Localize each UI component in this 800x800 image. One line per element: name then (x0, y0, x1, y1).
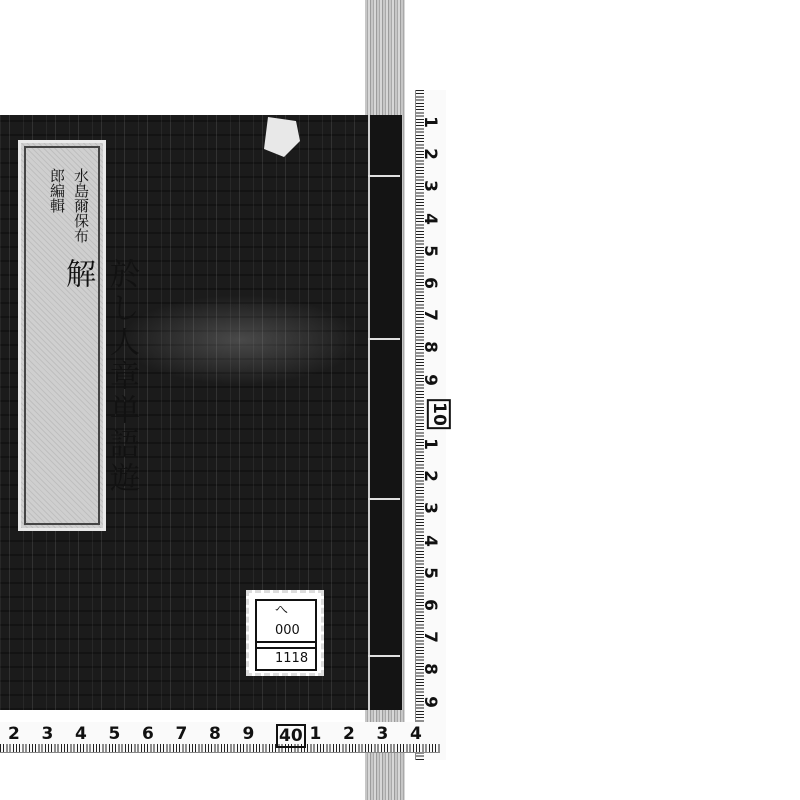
ruler-label: 5 (109, 724, 121, 744)
ruler-label: 9 (243, 724, 255, 744)
ruler-label: 7 (176, 724, 188, 744)
ruler-label: 4 (410, 724, 422, 744)
ruler-label: 3 (42, 724, 54, 744)
ruler-label: 1 (420, 116, 440, 128)
ruler-label: 6 (142, 724, 154, 744)
author-line: 水島爾保布 (71, 168, 92, 243)
ruler-label: 3 (420, 502, 440, 514)
ruler-label: 7 (420, 309, 440, 321)
ruler-label: 5 (420, 567, 440, 579)
ruler-label: 7 (420, 631, 440, 643)
library-tag: へ 000 1118 (246, 590, 324, 676)
ruler-label: 6 (420, 599, 440, 611)
ruler-label: 9 (420, 374, 440, 386)
ruler-ticks (0, 744, 440, 752)
ruler-label: 3 (420, 180, 440, 192)
ruler-label: 9 (420, 696, 440, 708)
author-line: 郎編輯 (47, 168, 68, 213)
ruler-label: 3 (377, 724, 389, 744)
ruler-label: 2 (420, 148, 440, 160)
book-title: 於し人章単語遊解 (55, 258, 143, 528)
ruler-label: 4 (420, 535, 440, 547)
ruler-label: 4 (420, 213, 440, 225)
ruler-label: 1 (420, 438, 440, 450)
binding-stitch (368, 338, 400, 340)
binding-stitch (368, 498, 400, 500)
ruler-label: 2 (343, 724, 355, 744)
tag-row: 1118 (257, 649, 315, 669)
ruler-label: 5 (420, 245, 440, 257)
binding-stitch (368, 655, 400, 657)
ruler-label: 8 (420, 663, 440, 675)
horizontal-ruler: 23456789401234 (0, 722, 440, 753)
book-spine (368, 115, 402, 710)
ruler-label: 1 (310, 724, 322, 744)
ruler-label: 2 (8, 724, 20, 744)
ruler-label: 40 (276, 724, 306, 748)
ruler-label: 2 (420, 470, 440, 482)
vertical-ruler: 123456789101234567892 (415, 90, 446, 760)
binding-stitch (368, 175, 400, 177)
ruler-label: 8 (420, 341, 440, 353)
ruler-label: 6 (420, 277, 440, 289)
tag-row: へ 000 (257, 601, 315, 643)
ruler-label: 8 (209, 724, 221, 744)
ruler-label: 10 (427, 399, 451, 429)
ruler-label: 4 (75, 724, 87, 744)
title-slip: 水島爾保布 郎編輯 於し人章単語遊解 (18, 140, 106, 531)
